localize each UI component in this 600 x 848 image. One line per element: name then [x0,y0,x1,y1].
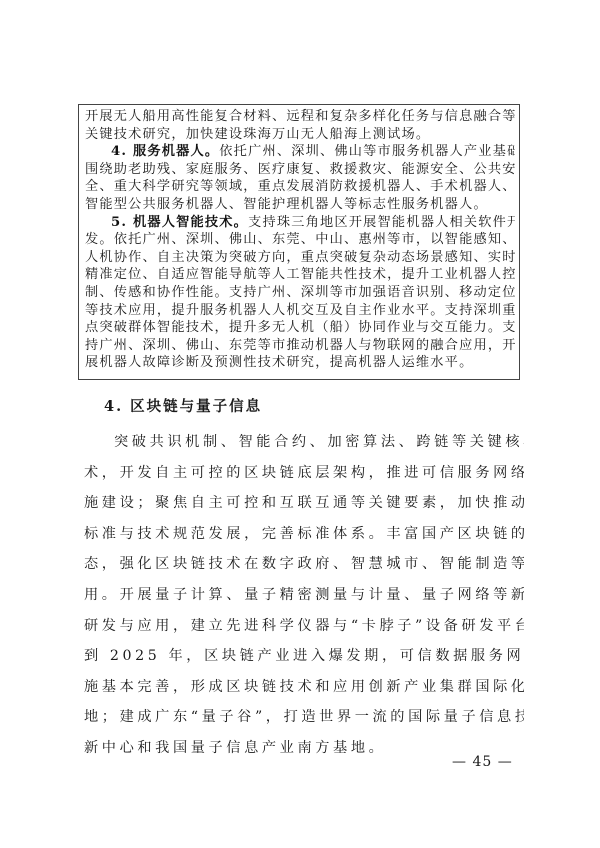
box-line: 开展无人船用高性能复合材料、远程和复杂多样化任务与信息融合等 [85,108,515,126]
box-line: 持广州、深圳、佛山、东莞等市推动机器人与物联网的融合应用，开 [85,337,515,355]
box-line-item-4: 4. 服务机器人。依托广州、深圳、佛山等市服务机器人产业基础， [85,143,515,161]
item-text: 依托广州、深圳、佛山等市服务机器人产业基础， [219,144,515,159]
box-line: 制、传感和协作性能。支持广州、深圳等市加强语音识别、移动定位 [85,284,515,302]
box-line-item-5: 5. 机器人智能技术。支持珠三角地区开展智能机器人相关软件开 [85,214,515,232]
box-line: 围绕助老助残、家庭服务、医疗康复、救援救灾、能源安全、公共安 [85,161,515,179]
item-text: 支持珠三角地区开展智能机器人相关软件开 [248,215,515,230]
body-line: 到 2025 年，区块链产业进入爆发期，可信数据服务网络基础设 [84,641,524,672]
box-line: 点突破群体智能技术，提升多无人机（船）协同作业与交互能力。支 [85,319,515,337]
body-line: 研发与应用，建立先进科学仪器与“卡脖子”设备研发平台。 [84,611,524,642]
box-line: 人机协作、自主决策为突破方向，重点突破复杂动态场景感知、实时 [85,249,515,267]
box-line: 展机器人故障诊断及预测性技术研究，提高机器人运维水平。 [85,354,515,372]
item-label-service-robots: 4. 服务机器人。 [111,144,219,159]
body-line: 施建设；聚焦自主可控和互联互通等关键要素，加快推动区块链 [84,488,524,519]
box-line: 发。依托广州、深圳、佛山、东莞、中山、惠州等市，以智能感知、 [85,231,515,249]
item-label-robot-intelligence: 5. 机器人智能技术。 [111,215,248,230]
box-line: 全、重大科学研究等领域，重点发展消防救援机器人、手术机器人、 [85,178,515,196]
section-heading: 4. 区块链与量子信息 [104,395,262,416]
boxed-section: 开展无人船用高性能复合材料、远程和复杂多样化任务与信息融合等 关键技术研究，加快… [78,104,520,380]
box-line: 精准定位、自适应智能导航等人工智能共性技术，提升工业机器人控 [85,266,515,284]
body-line: 标准与技术规范发展，完善标准体系。丰富国产区块链的应用生 [84,519,524,550]
body-line: 地；建成广东“量子谷”，打造世界一流的国际量子信息技术创 [84,702,524,733]
section-body: 突破共识机制、智能合约、加密算法、跨链等关键核心技 术，开发自主可控的区块链底层… [84,427,524,764]
box-line: 等技术应用，提升服务机器人人机交互及自主作业水平。支持深圳重 [85,302,515,320]
box-line: 关键技术研究，加快建设珠海万山无人船海上测试场。 [85,126,515,144]
body-line: 术，开发自主可控的区块链底层架构，推进可信服务网络基础设 [84,458,524,489]
body-line: 突破共识机制、智能合约、加密算法、跨链等关键核心技 [84,427,524,458]
body-line: 态，强化区块链技术在数字政府、智慧城市、智能制造等领域应 [84,549,524,580]
body-line: 用。开展量子计算、量子精密测量与计量、量子网络等新兴技术 [84,580,524,611]
page-number: — 45 — [452,754,513,770]
box-line: 智能型公共服务机器人、智能护理机器人等标志性服务机器人。 [85,196,515,214]
body-line: 施基本完善，形成区块链技术和应用创新产业集群国际化示范高 [84,672,524,703]
